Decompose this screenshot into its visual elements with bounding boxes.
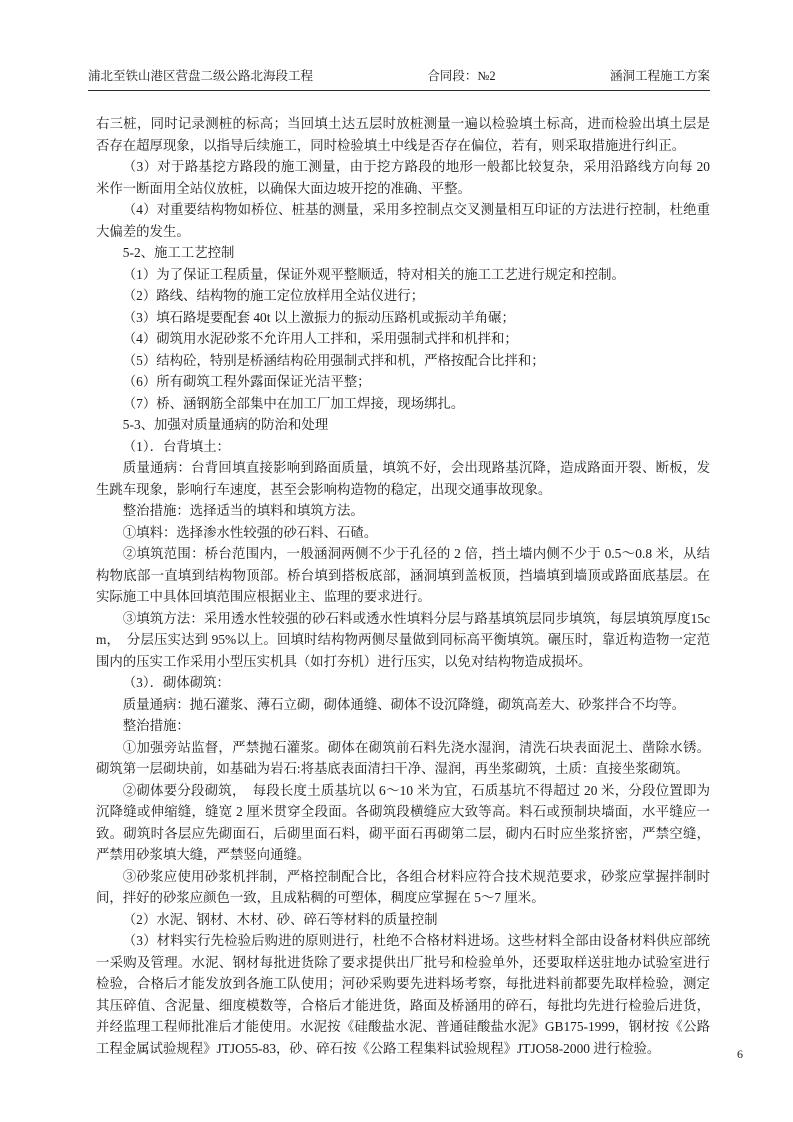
header-document-title: 涵洞工程施工方案 — [610, 69, 710, 84]
paragraph: （6）所有砌筑工程外露面保证光洁平整； — [96, 371, 710, 393]
document-body: 右三桩，同时记录测桩的标高；当回填土达五层时放桩测量一遍以检验填土标高，进而检验… — [96, 113, 710, 1059]
document-page: 浦北至铁山港区营盘二级公路北海段工程 合同段：№2 涵洞工程施工方案 右三桩，同… — [0, 0, 793, 1122]
paragraph: 右三桩，同时记录测桩的标高；当回填土达五层时放桩测量一遍以检验填土标高，进而检验… — [96, 113, 710, 156]
paragraph: ①加强旁站监督，严禁抛石灌浆。砌体在砌筑前石料先浇水湿润，清洗石块表面泥土、凿除… — [96, 737, 710, 780]
header-project-title: 浦北至铁山港区营盘二级公路北海段工程 — [88, 69, 313, 84]
paragraph: （3）填石路堤要配套 40t 以上激振力的振动压路机或振动羊角碾； — [96, 307, 710, 329]
paragraph: 整治措施： — [96, 715, 710, 737]
paragraph: 质量通病：台背回填直接影响到路面质量，填筑不好，会出现路基沉降，造成路面开裂、断… — [96, 457, 710, 500]
paragraph: （2）路线、结构物的施工定位放样用全站仪进行； — [96, 285, 710, 307]
header-contract-section: 合同段：№2 — [427, 69, 495, 84]
paragraph: ②砌体要分段砌筑， 每段长度土质基坑以 6～10 米为宜，石质基坑不得超过 20… — [96, 780, 710, 866]
paragraph: （4）对重要结构物如桥位、桩基的测量，采用多控制点交叉测量相互印证的方法进行控制… — [96, 199, 710, 242]
paragraph: 质量通病：抛石灌浆、薄石立砌，砌体通缝、砌体不设沉降缝，砌筑高差大、砂浆拌合不均… — [96, 694, 710, 716]
paragraph: （2）水泥、钢材、木材、砂、碎石等材料的质量控制 — [96, 909, 710, 931]
paragraph: 整治措施：选择适当的填料和填筑方法。 — [96, 500, 710, 522]
paragraph: ①填料：选择渗水性较强的砂石料、石碴。 — [96, 522, 710, 544]
paragraph: （7）桥、涵钢筋全部集中在加工厂加工焊接，现场绑扎。 — [96, 393, 710, 415]
paragraph: （3）对于路基挖方路段的施工测量，由于挖方路段的地形一般都比较复杂，采用沿路线方… — [96, 156, 710, 199]
paragraph: （1）为了保证工程质量，保证外观平整顺适，特对相关的施工工艺进行规定和控制。 — [96, 264, 710, 286]
paragraph: （1）．台背填土： — [96, 436, 710, 458]
paragraph: 5-2、施工工艺控制 — [96, 242, 710, 264]
paragraph: ③填筑方法：采用透水性较强的砂石料或透水性填料分层与路基填筑层同步填筑，每层填筑… — [96, 608, 710, 673]
paragraph: （3）材料实行先检验后购进的原则进行，杜绝不合格材料进场。这些材料全部由设备材料… — [96, 930, 710, 1059]
paragraph: （3）．砌体砌筑： — [96, 672, 710, 694]
paragraph: ③砂浆应使用砂浆机拌制，严格控制配合比，各组合材料应符合技术规范要求，砂浆应掌握… — [96, 866, 710, 909]
paragraph: 5-3、加强对质量通病的防治和处理 — [96, 414, 710, 436]
page-number: 6 — [737, 1047, 743, 1062]
paragraph: ②填筑范围：桥台范围内，一般涵洞两侧不少于孔径的 2 倍，挡土墙内侧不少于 0.… — [96, 543, 710, 608]
paragraph: （4）砌筑用水泥砂浆不允许用人工拌和，采用强制式拌和机拌和； — [96, 328, 710, 350]
paragraph: （5）结构砼，特别是桥涵结构砼用强制式拌和机，严格按配合比拌和； — [96, 350, 710, 372]
page-header: 浦北至铁山港区营盘二级公路北海段工程 合同段：№2 涵洞工程施工方案 — [88, 69, 710, 91]
